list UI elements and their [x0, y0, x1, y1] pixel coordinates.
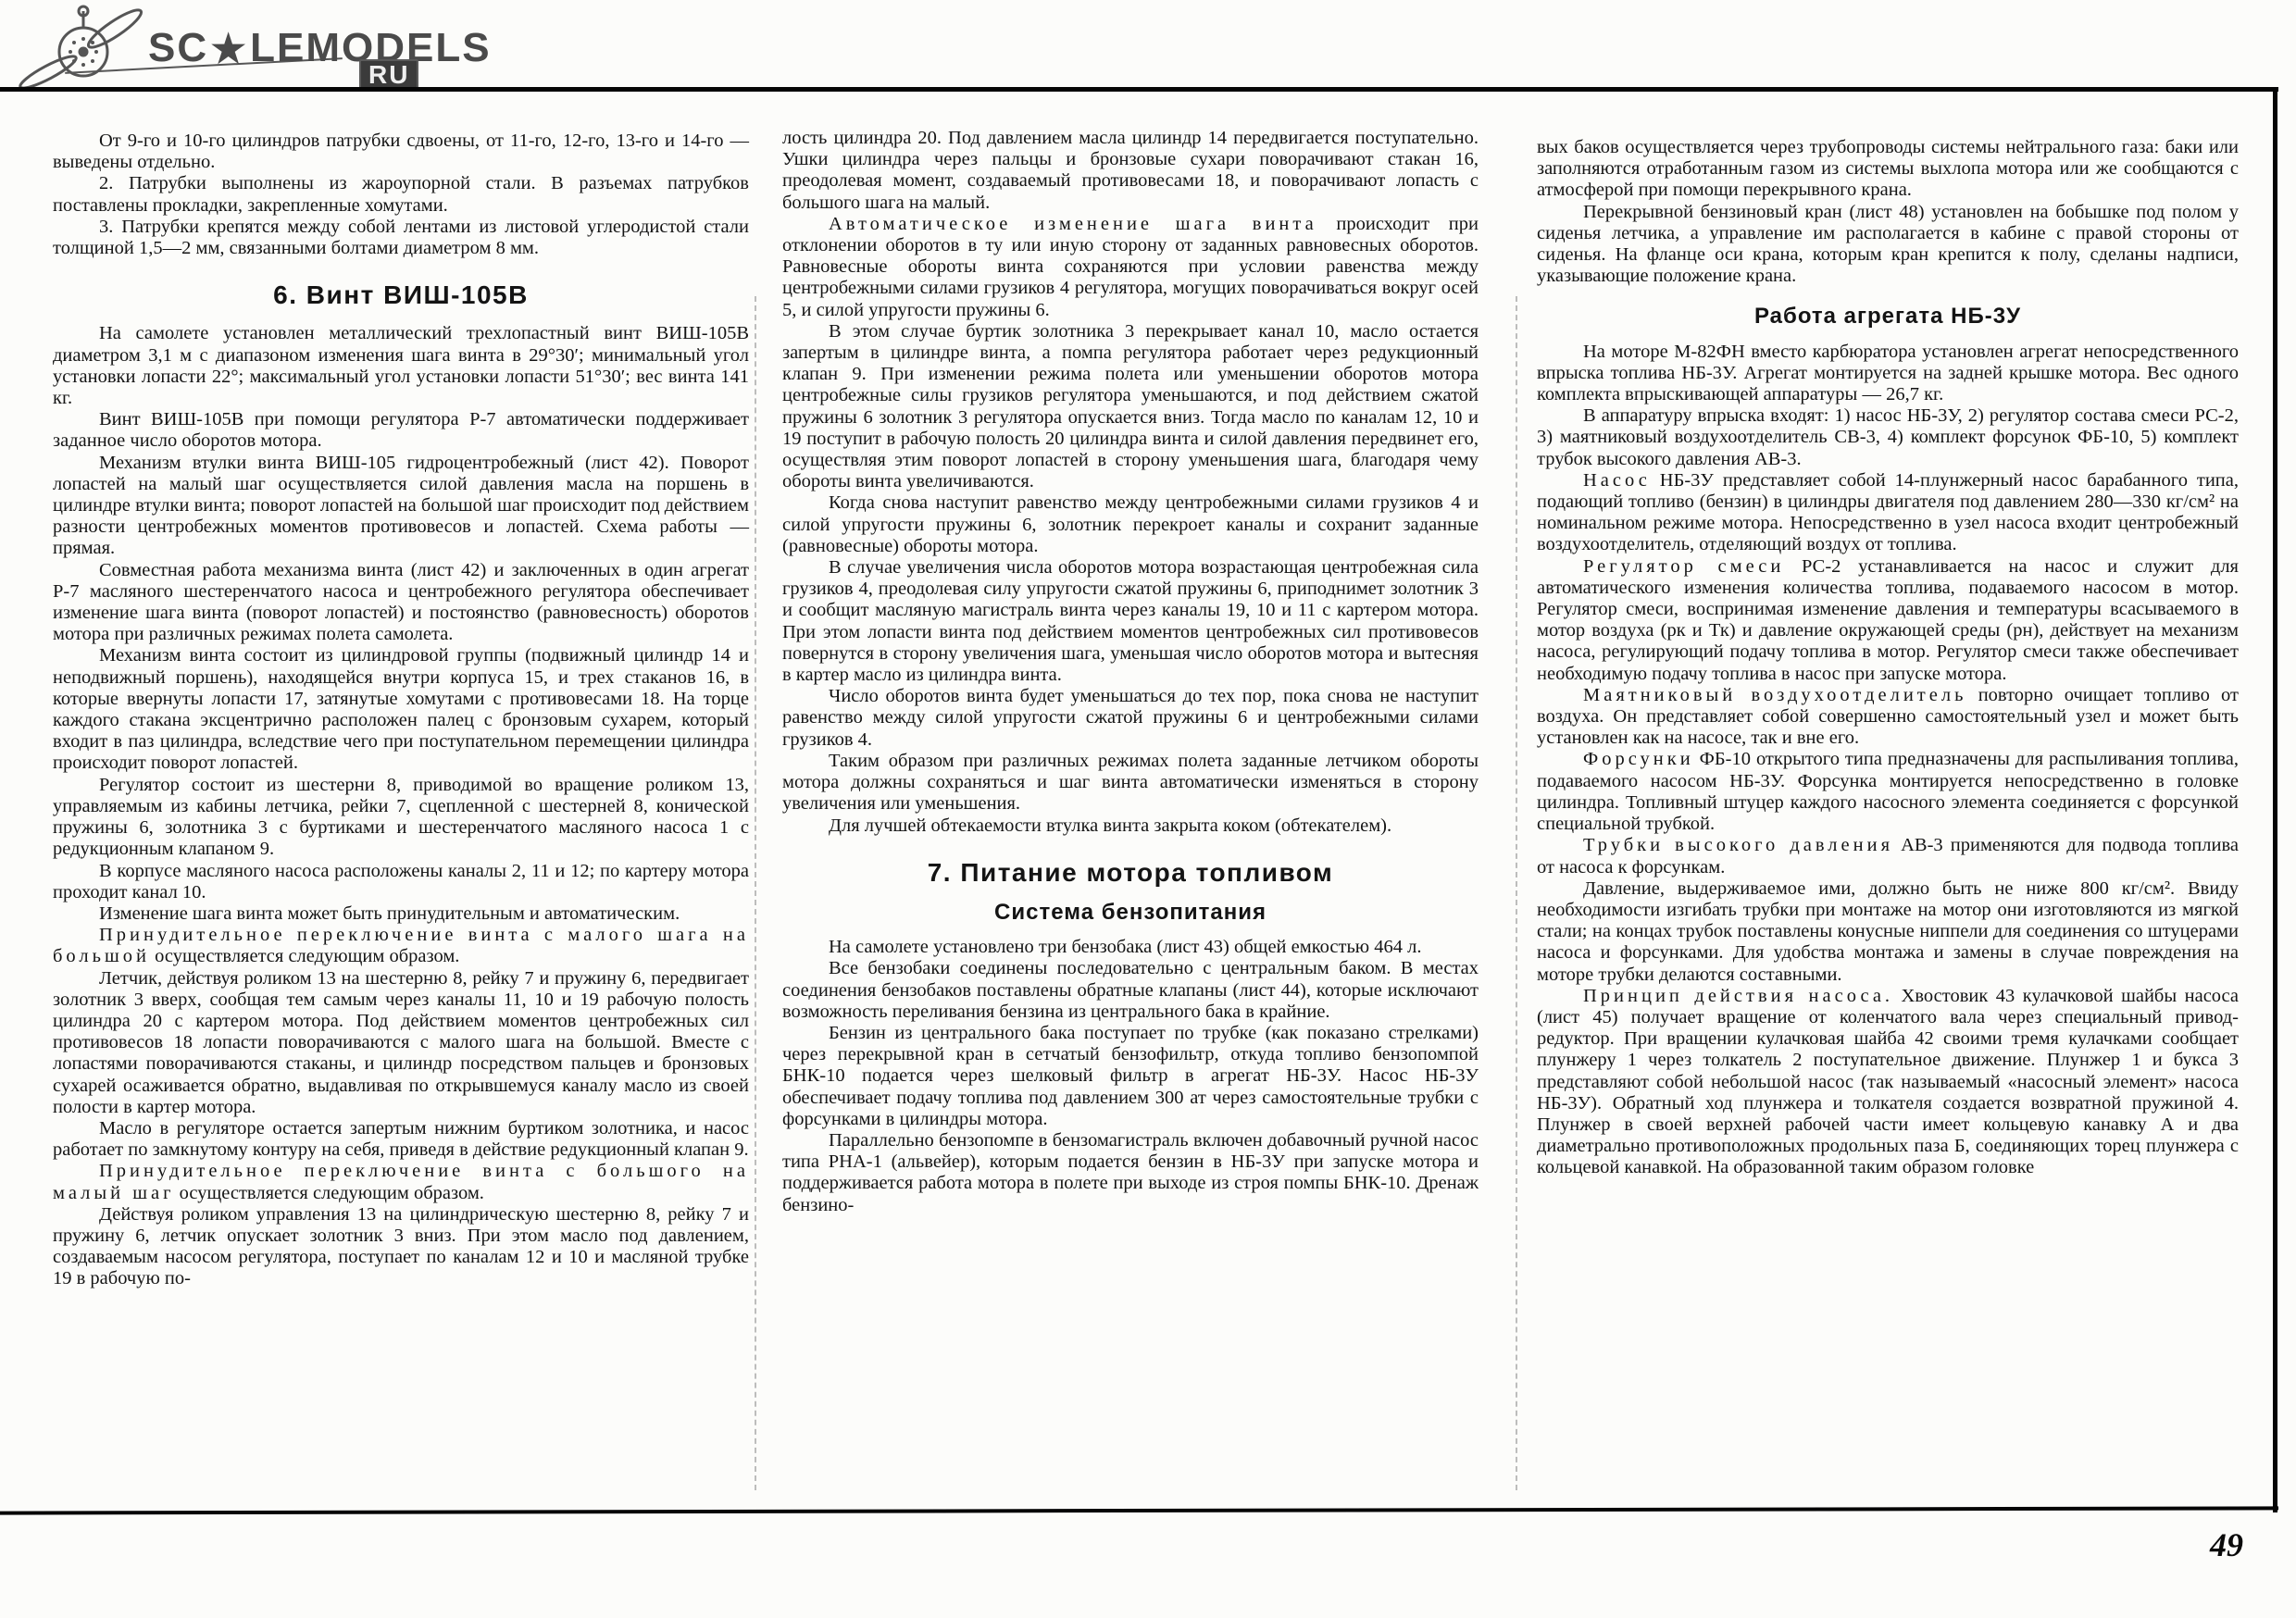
paragraph-text: осуществляется следующим образом.: [175, 1183, 484, 1203]
paragraph-text: осуществляется следующим образом.: [150, 946, 459, 966]
text-column-1: От 9-го и 10-го цилиндров патрубки сдвое…: [53, 131, 749, 1290]
subsection-heading: Система бензопитания: [782, 902, 1479, 923]
paragraph: Для лучшей обтекаемости втулка винта зак…: [782, 815, 1479, 837]
subsection-heading: Работа агрегата НБ-3У: [1537, 305, 2239, 327]
paragraph: Регулятор смеси РС-2 устанавливается на …: [1537, 556, 2239, 685]
top-rule: [0, 87, 2278, 92]
paragraph: Масло в регуляторе остается запертым ниж…: [53, 1118, 749, 1161]
scalemodels-logo: SC★LEMODELS RU: [9, 4, 565, 89]
column-divider: [755, 296, 756, 1490]
logo-brand-text: SC★LEMODELS: [148, 20, 492, 72]
section-heading: 7. Питание мотора топливом: [782, 862, 1479, 883]
paragraph: В случае увеличения числа оборотов мотор…: [782, 557, 1479, 686]
paragraph: Давление, выдерживаемое ими, должно быть…: [1537, 878, 2239, 986]
text-column-3: вых баков осуществляется через трубопров…: [1537, 137, 2239, 1179]
paragraph: В этом случае буртик золотника 3 перекры…: [782, 321, 1479, 493]
paragraph: Принудительное переключение винта с боль…: [53, 1161, 749, 1203]
paragraph: Автоматическое изменение шага винта прои…: [782, 214, 1479, 321]
paragraph: Трубки высокого давления АВ-3 применяютс…: [1537, 835, 2239, 877]
paragraph: Совместная работа механизма винта (лист …: [53, 560, 749, 646]
paragraph: Механизм втулки винта ВИШ-105 гидроцентр…: [53, 453, 749, 560]
paragraph: Все бензобаки соединены последовательно …: [782, 958, 1479, 1023]
paragraph: Маятниковый воздухоотделитель повторно о…: [1537, 685, 2239, 750]
paragraph: 2. Патрубки выполнены из жароупорной ста…: [53, 173, 749, 216]
paragraph: Изменение шага винта может быть принудит…: [53, 903, 749, 925]
text-column-2: лость цилиндра 20. Под давлением масла ц…: [782, 128, 1479, 1216]
paragraph: Регулятор состоит из шестерни 8, приводи…: [53, 775, 749, 861]
logo-text-prefix: SC: [148, 25, 208, 70]
paragraph: На самолете установлено три бензобака (л…: [782, 937, 1479, 958]
emphasized-phrase: Принцип действия насоса.: [1583, 986, 1893, 1006]
paragraph: Бензин из центрального бака поступает по…: [782, 1023, 1479, 1130]
paragraph: Число оборотов винта будет уменьшаться д…: [782, 686, 1479, 751]
paragraph: Насос НБ-3У представляет собой 14-плунже…: [1537, 470, 2239, 556]
star-icon: ★: [208, 23, 250, 75]
paragraph: Действуя роликом управления 13 на цилинд…: [53, 1204, 749, 1290]
emphasized-phrase: Трубки высокого давления: [1583, 835, 1893, 855]
paragraph: Летчик, действуя роликом 13 на шестерню …: [53, 968, 749, 1118]
paragraph: В корпусе масляного насоса расположены к…: [53, 861, 749, 903]
emphasized-phrase: Автоматическое изменение шага винта: [829, 214, 1317, 234]
emphasized-phrase: Регулятор смеси: [1583, 556, 1784, 577]
paragraph: Параллельно бензопомпе в бензомагистраль…: [782, 1130, 1479, 1216]
paragraph: Форсунки ФБ-10 открытого типа предназнач…: [1537, 749, 2239, 835]
paragraph: Винт ВИШ-105В при помощи регулятора Р-7 …: [53, 409, 749, 452]
paragraph: Принудительное переключение винта с мало…: [53, 925, 749, 967]
paragraph: На самолете установлен металлический тре…: [53, 323, 749, 409]
paragraph: Принцип действия насоса. Хвостовик 43 ку…: [1537, 986, 2239, 1179]
bottom-rule: [0, 1506, 2278, 1514]
paragraph: 3. Патрубки крепятся между собой лентами…: [53, 217, 749, 259]
paragraph: Перекрывной бензиновый кран (лист 48) ус…: [1537, 202, 2239, 288]
scan-page: SC★LEMODELS RU От 9-го и 10-го цилиндров…: [0, 0, 2296, 1618]
paragraph: На моторе М-82ФН вместо карбюратора уста…: [1537, 342, 2239, 406]
section-heading: 6. Винт ВИШ-105В: [53, 284, 749, 305]
paragraph: В аппаратуру впрыска входят: 1) насос НБ…: [1537, 405, 2239, 470]
paragraph: лость цилиндра 20. Под давлением масла ц…: [782, 128, 1479, 214]
paragraph: Механизм винта состоит из цилиндровой гр…: [53, 645, 749, 774]
paragraph: Когда снова наступит равенство между цен…: [782, 492, 1479, 557]
paragraph: Таким образом при различных режимах поле…: [782, 751, 1479, 815]
column-divider: [1516, 296, 1517, 1490]
emphasized-phrase: Насос: [1583, 470, 1651, 491]
paragraph: От 9-го и 10-го цилиндров патрубки сдвое…: [53, 131, 749, 173]
propeller-icon: [17, 4, 156, 89]
page-number: 49: [2190, 1525, 2264, 1564]
emphasized-phrase: Маятниковый воздухоотделитель: [1583, 685, 1966, 705]
right-border-rule: [2273, 87, 2277, 1512]
paragraph-text: Хвостовик 43 кулачковой шайбы насоса (ли…: [1537, 986, 2239, 1178]
paragraph: вых баков осуществляется через трубопров…: [1537, 137, 2239, 202]
emphasized-phrase: Форсунки: [1583, 749, 1694, 769]
